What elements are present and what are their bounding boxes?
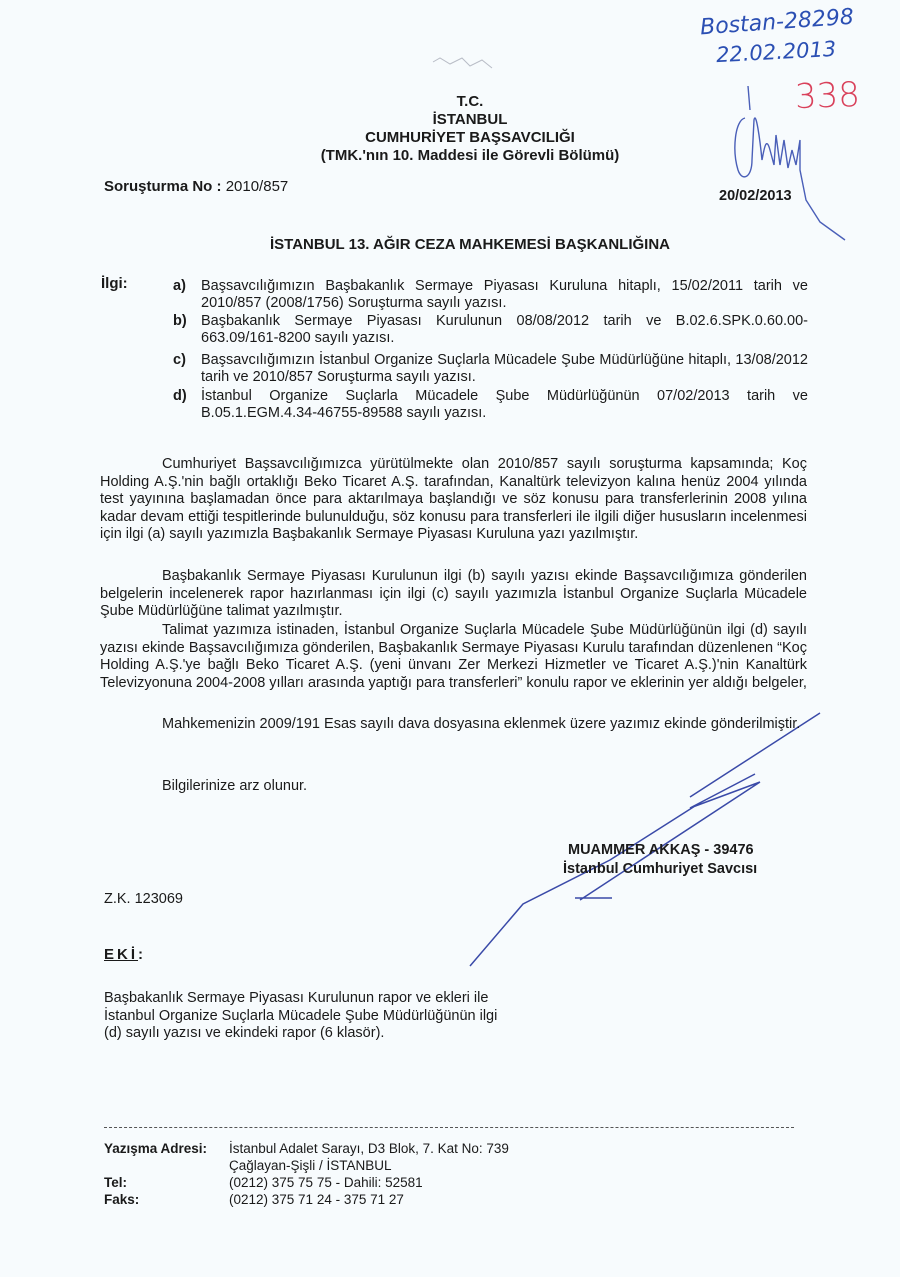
header-office: CUMHURİYET BAŞSAVCILIĞI xyxy=(20,129,900,147)
attachments-heading: EKİ: xyxy=(104,946,146,963)
document-date: 20/02/2013 xyxy=(719,188,792,204)
attachments-colon: : xyxy=(138,946,146,963)
reference-text-c: Başsavcılığımızın İstanbul Organize Suçl… xyxy=(201,352,808,385)
tel-value: (0212) 375 75 75 - Dahili: 52581 xyxy=(229,1175,423,1191)
reference-text-b: Başbakanlık Sermaye Piyasası Kurulunun 0… xyxy=(201,313,808,346)
body-paragraph-2: Başbakanlık Sermaye Piyasası Kurulunun i… xyxy=(100,568,807,621)
handwritten-date: 22.02.2013 xyxy=(715,37,836,67)
body-paragraph-3: Talimat yazımıza istinaden, İstanbul Org… xyxy=(100,622,807,692)
address-line-2: Çağlayan-Şişli / İSTANBUL xyxy=(229,1158,392,1174)
tel-label: Tel: xyxy=(104,1175,127,1191)
zk-number: Z.K. 123069 xyxy=(104,891,183,908)
reference-key-b: b) xyxy=(173,313,187,330)
reference-item-c: c) Başsavcılığımızın İstanbul Organize S… xyxy=(201,352,808,385)
addressee: İSTANBUL 13. AĞIR CEZA MAHKEMESİ BAŞKANL… xyxy=(20,236,900,253)
investigation-number: Soruşturma No : 2010/857 xyxy=(104,179,288,196)
footer-divider xyxy=(104,1127,794,1128)
closing-line: Bilgilerinize arz olunur. xyxy=(162,778,307,795)
address-label: Yazışma Adresi: xyxy=(104,1141,207,1157)
body-paragraph-4: Mahkemenizin 2009/191 Esas sayılı dava d… xyxy=(100,716,807,734)
body-paragraph-1-text: Cumhuriyet Başsavcılığımızca yürütülmekt… xyxy=(100,456,807,542)
body-paragraph-1: Cumhuriyet Başsavcılığımızca yürütülmekt… xyxy=(100,456,807,544)
reference-text-a: Başsavcılığımızın Başbakanlık Sermaye Pi… xyxy=(201,278,808,311)
handwritten-reference: Bostan-28298 xyxy=(699,5,854,41)
fax-label: Faks: xyxy=(104,1192,139,1208)
reference-key-d: d) xyxy=(173,388,187,405)
reference-item-d: d) İstanbul Organize Suçlarla Mücadele Ş… xyxy=(201,388,808,421)
body-paragraph-4-text: Mahkemenizin 2009/191 Esas sayılı dava d… xyxy=(162,716,800,732)
signatory-name: MUAMMER AKKAŞ - 39476 xyxy=(568,842,754,858)
attachments-text: Başbakanlık Sermaye Piyasası Kurulunun r… xyxy=(104,990,499,1043)
header-department: (TMK.'nın 10. Maddesi ile Görevli Bölümü… xyxy=(20,147,900,165)
reference-text-d: İstanbul Organize Suçlarla Mücadele Şube… xyxy=(201,388,808,421)
body-paragraph-3-text: Talimat yazımıza istinaden, İstanbul Org… xyxy=(100,622,807,691)
header-tc: T.C. xyxy=(20,93,900,111)
references-label: İlgi: xyxy=(101,275,128,292)
reference-item-b: b) Başbakanlık Sermaye Piyasası Kurulunu… xyxy=(201,313,808,346)
investigation-value: 2010/857 xyxy=(226,178,289,195)
reference-key-a: a) xyxy=(173,278,186,295)
investigation-label: Soruşturma No : xyxy=(104,178,222,195)
attachments-label: EKİ xyxy=(104,946,138,963)
header-istanbul: İSTANBUL xyxy=(20,111,900,129)
fax-value: (0212) 375 71 24 - 375 71 27 xyxy=(229,1192,404,1208)
signatory-title: İstanbul Cumhuriyet Savcısı xyxy=(563,861,757,877)
address-line-1: İstanbul Adalet Sarayı, D3 Blok, 7. Kat … xyxy=(229,1141,509,1157)
reference-key-c: c) xyxy=(173,352,186,369)
reference-item-a: a) Başsavcılığımızın Başbakanlık Sermaye… xyxy=(201,278,808,311)
body-paragraph-2-text: Başbakanlık Sermaye Piyasası Kurulunun i… xyxy=(100,568,807,619)
